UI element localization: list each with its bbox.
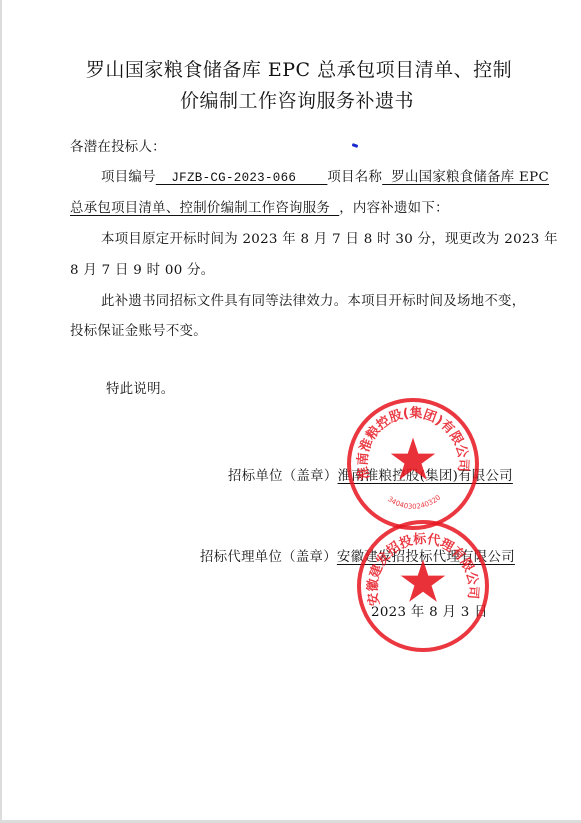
seal-star-icon: ★ xyxy=(397,552,449,610)
document-page: 罗山国家粮食储备库 EPC 总承包项目清单、控制 价编制工作咨询服务补遗书 各潜… xyxy=(2,0,581,820)
stray-mark xyxy=(352,143,359,148)
seal-star-icon: ★ xyxy=(387,430,439,488)
document-title-line-2: 价编制工作咨询服务补遗书 xyxy=(62,89,532,113)
paragraph-2-line-2: 投标保证金账号不变。 xyxy=(70,323,207,341)
project-info-line-2: 总承包项目清单、控制价编制工作咨询服务 ，内容补遗如下： xyxy=(70,200,449,218)
project-name-label: 项目名称 xyxy=(327,170,382,185)
salutation: 各潜在投标人： xyxy=(70,139,166,157)
tenderer-label: 招标单位（盖章） xyxy=(228,469,338,484)
project-no-label: 项目编号 xyxy=(101,170,156,185)
project-name-value-part-2: 总承包项目清单、控制价编制工作咨询服务 xyxy=(70,201,339,216)
project-info-line-1: 项目编号 JFZB-CG-2023-066 项目名称 罗山国家粮食储备库 EPC xyxy=(101,169,549,187)
paragraph-2-line-1: 此补遗书同招标文件具有同等法律效力。本项目开标时间及场地不变， xyxy=(101,293,525,311)
tenderer-seal: 淮南淮粮控股(集团)有限公司 3404030240320 ★ xyxy=(347,398,479,530)
project-name-value-part-1: 罗山国家粮食储备库 EPC xyxy=(382,170,549,185)
intro-tail: ，内容补遗如下： xyxy=(339,201,449,216)
project-no-value: JFZB-CG-2023-066 xyxy=(156,171,328,185)
closing-remark: 特此说明。 xyxy=(106,381,174,399)
agent-label: 招标代理单位（盖章） xyxy=(200,550,337,565)
paragraph-1-line-1: 本项目原定开标时间为 2023 年 8 月 7 日 8 时 30 分，现更改为 … xyxy=(101,231,558,249)
agent-seal: 安徽建发招投标代理有限公司 ★ xyxy=(357,520,489,652)
document-title-line-1: 罗山国家粮食储备库 EPC 总承包项目清单、控制 xyxy=(64,58,534,82)
svg-text:3404030240320: 3404030240320 xyxy=(386,494,442,511)
paragraph-1-line-2: 8 月 7 日 9 时 00 分。 xyxy=(70,262,214,280)
